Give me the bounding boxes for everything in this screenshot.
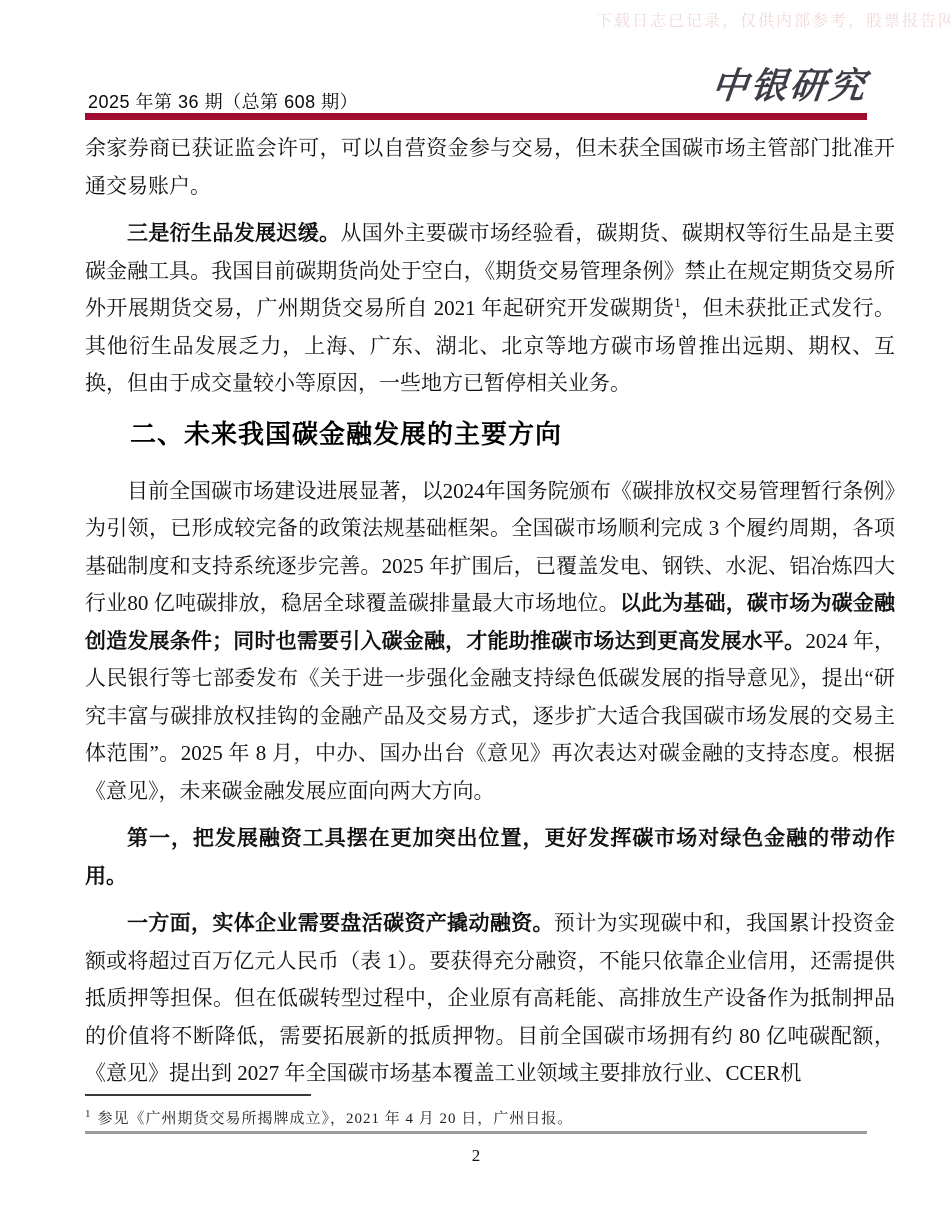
footnote: 1参见《广州期货交易所揭牌成立》，2021 年 4 月 20 日，广州日报。 [85, 1103, 895, 1130]
footnote-text: 参见《广州期货交易所揭牌成立》，2021 年 4 月 20 日，广州日报。 [98, 1111, 574, 1127]
paragraph: 三是衍生品发展迟缓。从国外主要碳市场经验看，碳期货、碳期权等衍生品是主要碳金融工… [85, 215, 895, 403]
page-number: 2 [85, 1146, 867, 1166]
footnote-separator [85, 1094, 311, 1096]
footer-rule [85, 1131, 867, 1134]
text-segment: 三是衍生品发展迟缓。 [127, 222, 340, 245]
header-rule [85, 113, 867, 120]
text-segment: 一方面，实体企业需要盘活碳资产撬动融资。 [127, 912, 554, 935]
text-segment: 预计为实现碳中和，我国累计投资金额或将超过百万亿元人民币（表 1）。要获得充分融… [85, 911, 895, 1085]
text-segment: 2024 年，人民银行等七部委发布《关于进一步强化金融支持绿色低碳发展的指导意见… [85, 629, 895, 803]
paragraph: 余家券商已获证监会许可，可以自营资金参与交易，但未获全国碳市场主管部门批准开通交… [85, 130, 895, 205]
document-body: 余家券商已获证监会许可，可以自营资金参与交易，但未获全国碳市场主管部门批准开通交… [85, 130, 895, 1103]
paragraph: 一方面，实体企业需要盘活碳资产撬动融资。预计为实现碳中和，我国累计投资金额或将超… [85, 905, 895, 1093]
issue-info: 2025 年第 36 期（总第 608 期） [88, 88, 358, 114]
text-segment: 余家券商已获证监会许可，可以自营资金参与交易，但未获全国碳市场主管部门批准开通交… [85, 136, 895, 198]
text-segment: 第一，把发展融资工具摆在更加突出位置，更好发挥碳市场对绿色金融的带动作用。 [85, 827, 895, 888]
document-page: 下载日志已记录，仅供内部参考，股票报告网 2025 年第 36 期（总第 608… [0, 0, 950, 1230]
brand-logo-calligraphy: 中银研究 [709, 58, 870, 109]
section-heading: 二、未来我国碳金融发展的主要方向 [85, 413, 895, 455]
footnote-marker: 1 [85, 1108, 92, 1120]
text-segment: 二、未来我国碳金融发展的主要方向 [130, 419, 562, 449]
watermark-text: 下载日志已记录，仅供内部参考，股票报告网 [596, 8, 950, 31]
paragraph: 目前全国碳市场建设进展显著，以2024年国务院颁布《碳排放权交易管理暂行条例》为… [85, 473, 895, 811]
paragraph: 第一，把发展融资工具摆在更加突出位置，更好发挥碳市场对绿色金融的带动作用。 [85, 820, 895, 895]
